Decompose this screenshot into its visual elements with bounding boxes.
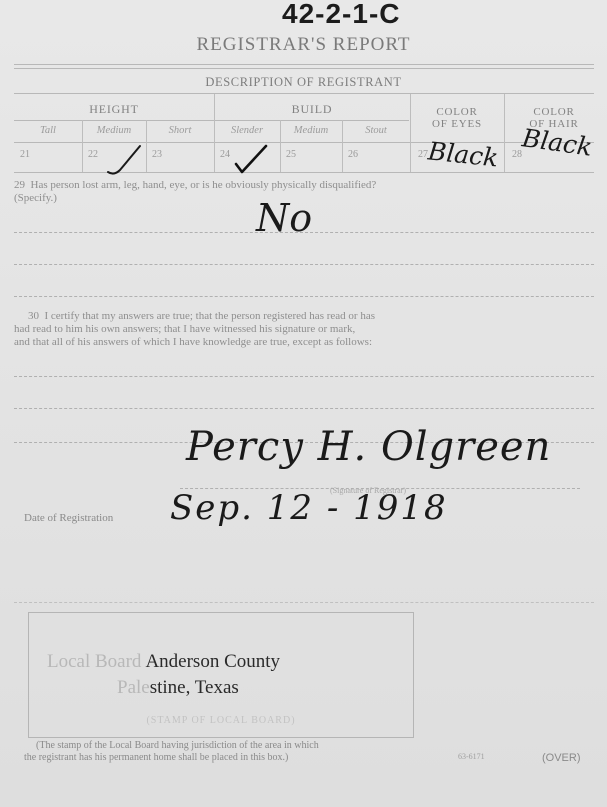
question-number: 29 — [14, 179, 25, 191]
over-label: (OVER) — [542, 752, 581, 764]
field-number: 24 — [220, 149, 230, 160]
question-30: 30 I certify that my answers are true; t… — [14, 310, 604, 349]
date-value: Sep. 12 - 1918 — [170, 488, 448, 528]
stamp-line-1: Local Board Anderson County — [47, 651, 280, 673]
registrar-signature: Percy H. Olgreen — [186, 424, 551, 470]
divider — [14, 602, 594, 603]
build-medium-label: Medium — [280, 125, 342, 136]
certification-line: 30 I certify that my answers are true; t… — [14, 310, 604, 323]
build-slender-label: Slender — [214, 125, 280, 136]
eye-color-value: Black — [427, 136, 500, 172]
hair-color-label: COLOR — [504, 106, 604, 118]
footer-note-line: (The stamp of the Local Board having jur… — [24, 740, 424, 752]
divider — [14, 68, 594, 69]
footer-note: (The stamp of the Local Board having jur… — [24, 740, 424, 764]
field-number: 23 — [152, 149, 162, 160]
serial-number: 42-2-1-C — [282, 0, 400, 30]
field-number: 22 — [88, 149, 98, 160]
answer-line — [14, 264, 594, 265]
height-tall-label: Tall — [14, 125, 82, 136]
build-header: BUILD — [214, 102, 410, 117]
eye-color-label: OF EYES — [410, 118, 504, 130]
grid-line — [14, 172, 594, 173]
checkmark-icon — [232, 142, 270, 176]
stamp-city: stine, Texas — [150, 677, 239, 698]
stamp-text-faint: Pale — [117, 677, 150, 698]
eye-color-header: COLOR OF EYES — [410, 106, 504, 130]
divider — [14, 64, 594, 65]
footer-note-line: the registrant has his permanent home sh… — [24, 752, 424, 764]
height-short-label: Short — [146, 125, 214, 136]
question-text: Has person lost arm, leg, hand, eye, or … — [31, 179, 377, 191]
build-stout-label: Stout — [342, 125, 410, 136]
field-number: 25 — [286, 149, 296, 160]
stamp-caption: (STAMP OF LOCAL BOARD) — [29, 715, 413, 726]
specify-label: (Specify.) — [14, 192, 57, 204]
form-code: 63-6171 — [458, 752, 485, 761]
height-medium-label: Medium — [82, 125, 146, 136]
page-title: REGISTRAR'S REPORT — [0, 34, 607, 56]
certification-text: and that all of his answers of which I h… — [14, 336, 604, 349]
registration-card: 42-2-1-C REGISTRAR'S REPORT DESCRIPTION … — [0, 0, 607, 807]
hair-color-header: COLOR OF HAIR — [504, 106, 604, 130]
stamp-text-faint: Local Board — [47, 651, 141, 672]
stamp-county: Anderson County — [145, 651, 280, 672]
grid-line — [14, 120, 409, 121]
question-29-answer: No — [256, 196, 312, 240]
section-title: DESCRIPTION OF REGISTRANT — [0, 75, 607, 90]
certification-text: had read to him his own answers; that I … — [14, 323, 604, 336]
answer-line — [14, 296, 594, 297]
height-header: HEIGHT — [14, 102, 214, 117]
answer-line — [14, 408, 594, 409]
divider — [14, 93, 594, 94]
answer-line — [14, 232, 594, 233]
stamp-box: Local Board Anderson County Palestine, T… — [28, 612, 414, 738]
question-number: 30 — [28, 310, 39, 322]
date-label: Date of Registration — [24, 512, 113, 524]
stamp-line-2: Palestine, Texas — [117, 677, 239, 699]
answer-line — [14, 376, 594, 377]
grid-line — [14, 142, 594, 143]
field-number: 21 — [20, 149, 30, 160]
field-number: 26 — [348, 149, 358, 160]
eye-color-label: COLOR — [410, 106, 504, 118]
certification-text: I certify that my answers are true; that… — [45, 310, 375, 322]
checkmark-icon — [104, 142, 144, 178]
